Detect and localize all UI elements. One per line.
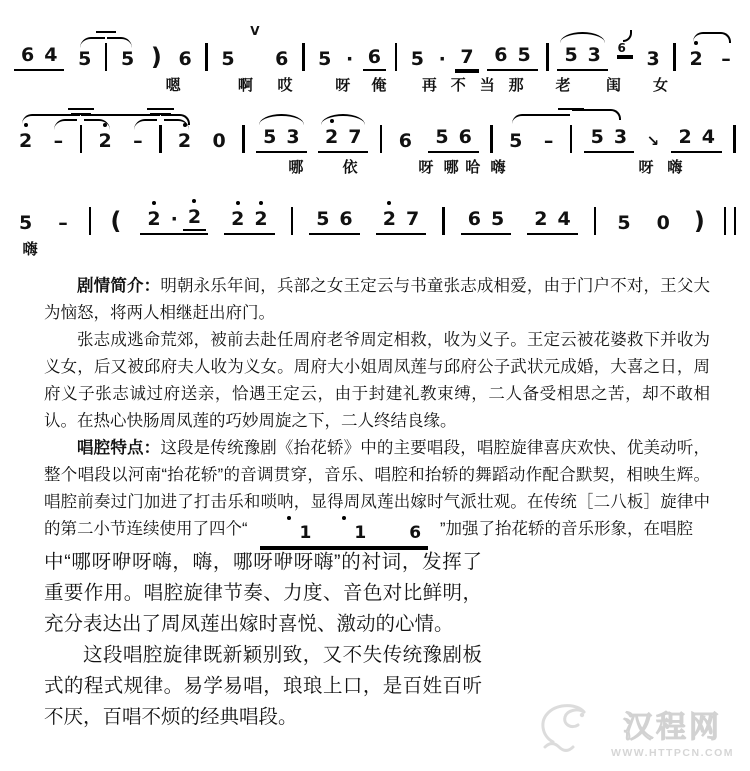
barline bbox=[673, 43, 676, 71]
octave-dot bbox=[342, 516, 346, 520]
lyric-syllable: 呀 bbox=[639, 156, 654, 177]
note: 5 bbox=[258, 127, 281, 149]
note-group: 56 bbox=[428, 126, 478, 153]
barline bbox=[380, 125, 383, 153]
note: – bbox=[53, 213, 73, 235]
notes-row: 2–2–2053276565–53↘24 bbox=[14, 101, 736, 153]
barline bbox=[733, 125, 736, 153]
note-group: 2·2 bbox=[140, 206, 208, 235]
note: 4 bbox=[553, 209, 576, 231]
note: 6 bbox=[16, 45, 39, 67]
note: 4 bbox=[697, 127, 720, 149]
note: 5 bbox=[512, 45, 535, 67]
scanned-sheet-music-page: 6455)65V65·65·76553632–嗯啊哎呀俺再不当那老闺女2–2–2… bbox=[0, 0, 750, 733]
barline bbox=[490, 125, 493, 153]
barline bbox=[159, 125, 162, 153]
note: 2 bbox=[173, 131, 196, 153]
octave-dot bbox=[694, 41, 698, 45]
lyric-syllable: 女 bbox=[653, 74, 668, 95]
note-group: 64 bbox=[14, 44, 64, 71]
note: – bbox=[49, 131, 69, 153]
vocal-style-label: 唱腔特点： bbox=[77, 439, 160, 457]
octave-dot bbox=[287, 516, 291, 520]
note: – bbox=[716, 49, 736, 71]
note: 5 bbox=[406, 49, 429, 71]
lyric-syllable: 哈 bbox=[465, 156, 480, 177]
barline bbox=[570, 125, 573, 153]
note: 1 bbox=[316, 524, 371, 544]
note: 5 bbox=[14, 213, 37, 235]
lyric-syllable: 俺 bbox=[371, 74, 386, 95]
barline bbox=[80, 125, 83, 153]
barline bbox=[205, 43, 208, 71]
lyric-syllable: 哎 bbox=[278, 74, 293, 95]
note: 6 bbox=[617, 30, 633, 57]
watermark-logo-icon bbox=[537, 698, 603, 759]
note: 5 bbox=[586, 127, 609, 149]
paragraph-story: 张志成逃命荒郊，被前去赴任周府老爷周定相救，收为义子。王定云被花婆救下并收为义女… bbox=[44, 327, 710, 435]
lyric-syllable: 呀 bbox=[418, 156, 433, 177]
note: 1 bbox=[262, 524, 317, 544]
note-group: 53 bbox=[256, 126, 306, 153]
note: 2 bbox=[249, 209, 272, 231]
note: 2 bbox=[93, 131, 116, 153]
score-system-1: 6455)65V65·65·76553632–嗯啊哎呀俺再不当那老闺女 bbox=[14, 12, 736, 99]
paragraph-vocal-style: 唱腔特点：这段是传统豫剧《抬花轿》中的主要唱段，唱腔旋律喜庆欢快、优美动听，整个… bbox=[44, 435, 710, 547]
note: 5 bbox=[612, 213, 635, 235]
note: 7 bbox=[455, 47, 478, 71]
note: 3 bbox=[583, 45, 606, 67]
note-group: 56 bbox=[309, 208, 359, 235]
inline-notation: 116 bbox=[260, 523, 429, 548]
note: 5 bbox=[559, 45, 582, 67]
note: 2 bbox=[684, 49, 707, 71]
lyric-syllable: 哪 bbox=[444, 156, 459, 177]
note: 6 bbox=[489, 45, 512, 67]
note-group: 65 bbox=[461, 208, 511, 235]
lyric-syllable: 啊 bbox=[238, 74, 253, 95]
music-score: 6455)65V65·65·76553632–嗯啊哎呀俺再不当那老闺女2–2–2… bbox=[0, 0, 750, 265]
note: 2 bbox=[378, 209, 401, 231]
notes-row: 5–(2·2225627652450) bbox=[14, 183, 736, 235]
paragraph-synopsis: 剧情简介：明朝永乐年间，兵部之女王定云与书童张志成相爱，由于门户不对，王父大为恼… bbox=[44, 273, 710, 327]
vocal-style-text-b: ”加强了抬花轿的音乐形象，在唱腔 bbox=[440, 520, 693, 538]
double-barline bbox=[724, 207, 736, 235]
watermark: 汉程网 WWW.HTTPCN.COM bbox=[537, 698, 734, 759]
paragraph-conclusion: 这段唱腔旋律既新颖别致，又不失传统豫剧板式的程式规律。易学易唱，琅琅上口，是百姓… bbox=[44, 640, 482, 733]
lyric-syllable: 嗨 bbox=[667, 156, 682, 177]
note: 6 bbox=[173, 49, 196, 71]
note: 2 bbox=[673, 127, 696, 149]
lyric-syllable: 不 bbox=[451, 74, 466, 95]
note: · bbox=[438, 50, 447, 71]
note-group: 53 bbox=[557, 44, 607, 71]
note: 5 bbox=[311, 209, 334, 231]
octave-dot bbox=[103, 123, 107, 127]
note: 0 bbox=[208, 131, 231, 153]
note: 5 bbox=[504, 131, 527, 153]
note-group: 24 bbox=[671, 126, 721, 153]
note: ( bbox=[107, 209, 124, 235]
note: 5 bbox=[430, 127, 453, 149]
lyric-syllable: 当 bbox=[480, 74, 495, 95]
lyric-syllable: 闺 bbox=[606, 74, 621, 95]
note: 3 bbox=[641, 49, 664, 71]
note: V bbox=[245, 24, 264, 39]
note: 7 bbox=[343, 127, 366, 149]
octave-dot bbox=[183, 123, 187, 127]
narrow-column: 中“哪呀咿呀嗨，嗨，哪呀咿呀嗨”的衬词，发挥了重要作用。唱腔旋律节奏、力度、音色… bbox=[44, 547, 482, 733]
lyric-syllable: 老 bbox=[556, 74, 571, 95]
octave-dot bbox=[152, 201, 156, 205]
note: 5 bbox=[486, 209, 509, 231]
lyric-syllable: 嗯 bbox=[166, 74, 181, 95]
note: 2 bbox=[320, 127, 343, 149]
barline bbox=[302, 43, 305, 71]
note-group: 65 bbox=[487, 44, 537, 71]
note: · bbox=[345, 50, 354, 71]
note: 5 bbox=[73, 49, 96, 71]
lyric-syllable: 那 bbox=[509, 74, 524, 95]
barline bbox=[546, 43, 549, 71]
note: ) bbox=[691, 209, 708, 235]
synopsis-label: 剧情简介： bbox=[77, 277, 160, 295]
grace-hook bbox=[623, 30, 632, 42]
lyric-syllable: 依 bbox=[343, 156, 358, 177]
octave-dot bbox=[259, 201, 263, 205]
notes-row: 6455)65V65·65·76553632– bbox=[14, 12, 736, 71]
lyrics-row: 哪依呀哪哈嗨呀嗨 bbox=[14, 156, 736, 181]
score-system-3: 5–(2·2225627652450)嗨 bbox=[14, 183, 736, 263]
note: 3 bbox=[609, 127, 632, 149]
note: ↘ bbox=[646, 134, 661, 149]
octave-dot bbox=[236, 201, 240, 205]
note-group: 53 bbox=[584, 126, 634, 153]
note-group: 22 bbox=[224, 208, 274, 235]
watermark-url: WWW.HTTPCN.COM bbox=[611, 747, 734, 759]
barline bbox=[442, 207, 445, 235]
watermark-text: 汉程网 WWW.HTTPCN.COM bbox=[611, 713, 734, 759]
watermark-site-name: 汉程网 bbox=[623, 713, 722, 743]
note: 6 bbox=[363, 47, 386, 71]
note: 0 bbox=[652, 213, 675, 235]
note: – bbox=[539, 131, 559, 153]
barline bbox=[395, 43, 398, 71]
note: 7 bbox=[401, 209, 424, 231]
lyric-syllable: 嗨 bbox=[491, 156, 506, 177]
note-group: 116 bbox=[260, 523, 429, 548]
note: 6 bbox=[270, 49, 293, 71]
article: 剧情简介：明朝永乐年间，兵部之女王定云与书童张志成相爱，由于门户不对，王父大为恼… bbox=[0, 265, 750, 733]
lyrics-row: 嗯啊哎呀俺再不当那老闺女 bbox=[14, 74, 736, 99]
lyric-syllable: 嗨 bbox=[23, 238, 38, 259]
note-group: 27 bbox=[376, 208, 426, 235]
lyric-syllable: 呀 bbox=[335, 74, 350, 95]
note-group: 27 bbox=[318, 126, 368, 153]
barline bbox=[89, 207, 92, 235]
barline bbox=[242, 125, 245, 153]
lyrics-row: 嗨 bbox=[14, 238, 736, 263]
note-group: 24 bbox=[527, 208, 577, 235]
barline bbox=[291, 207, 294, 235]
note: 5 bbox=[313, 49, 336, 71]
note: 2 bbox=[529, 209, 552, 231]
octave-dot bbox=[24, 123, 28, 127]
vocal-style-continuation: 中“哪呀咿呀嗨，嗨，哪呀咿呀嗨”的衬词，发挥了重要作用。唱腔旋律节奏、力度、音色… bbox=[44, 547, 482, 640]
note: 5 bbox=[216, 49, 239, 71]
lyric-syllable: 再 bbox=[422, 74, 437, 95]
note: 3 bbox=[281, 127, 304, 149]
note: 5 bbox=[116, 49, 139, 71]
note: 6 bbox=[454, 127, 477, 149]
note: 6 bbox=[371, 524, 426, 544]
note: 6 bbox=[463, 209, 486, 231]
note: 6 bbox=[394, 131, 417, 153]
note: 2 bbox=[14, 131, 37, 153]
barline bbox=[594, 207, 597, 235]
note: 2 bbox=[142, 209, 165, 231]
octave-dot bbox=[387, 201, 391, 205]
note: · bbox=[166, 209, 183, 231]
note: – bbox=[128, 131, 148, 153]
octave-dot bbox=[192, 199, 196, 203]
note: 2 bbox=[183, 207, 206, 231]
note: 4 bbox=[39, 45, 62, 67]
octave-dot bbox=[330, 119, 334, 123]
score-system-2: 2–2–2053276565–53↘24哪依呀哪哈嗨呀嗨 bbox=[14, 101, 736, 181]
note: 2 bbox=[226, 209, 249, 231]
lyric-syllable: 哪 bbox=[288, 156, 303, 177]
note: ) bbox=[148, 45, 165, 71]
note: 6 bbox=[334, 209, 357, 231]
